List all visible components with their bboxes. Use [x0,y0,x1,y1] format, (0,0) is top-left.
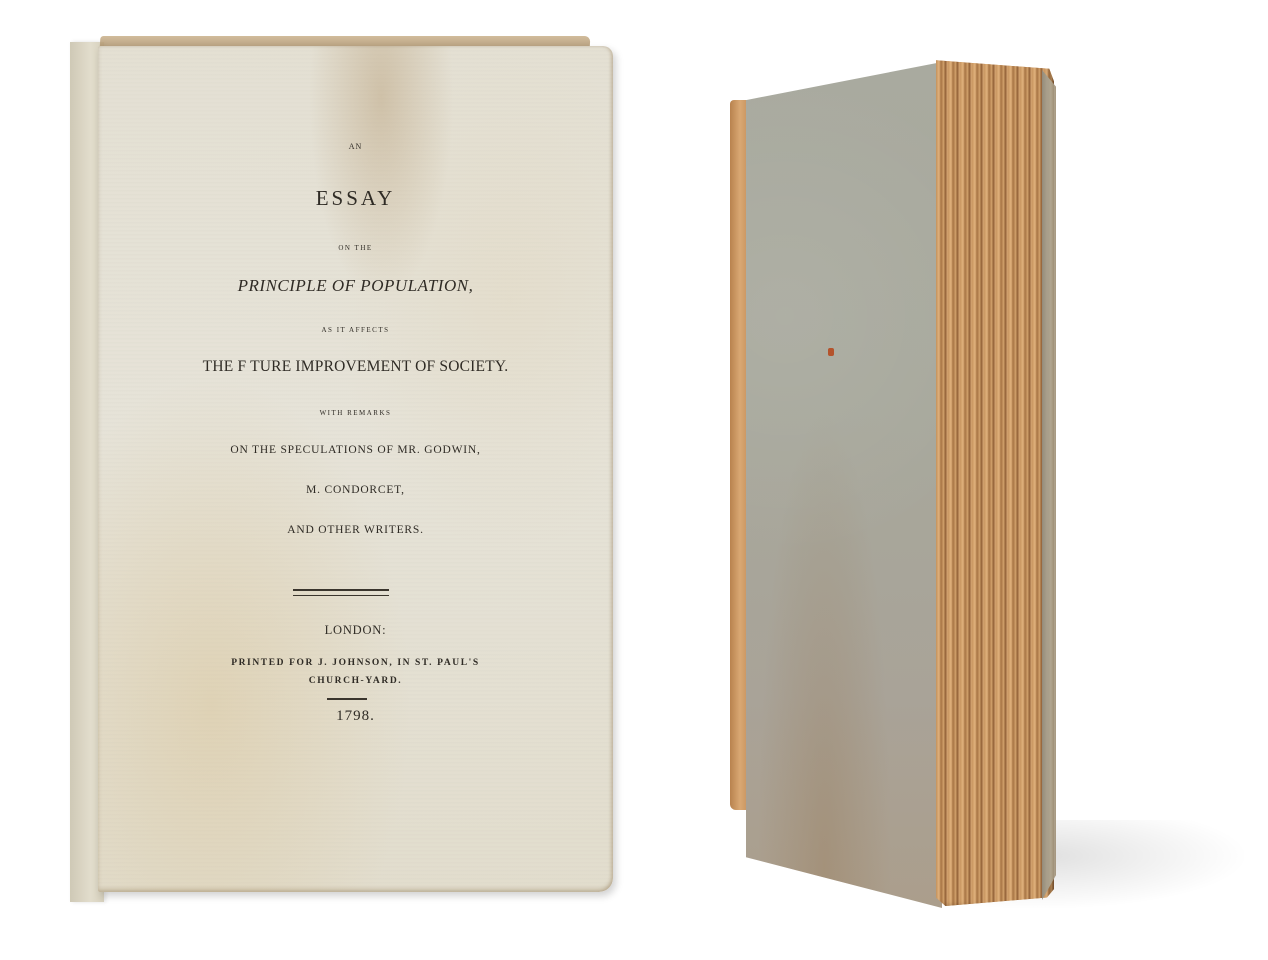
open-title-page-book: AN ESSAY ON THE PRINCIPLE OF POPULATION,… [0,0,660,960]
title-page: AN ESSAY ON THE PRINCIPLE OF POPULATION,… [98,46,613,892]
title-an: AN [98,142,613,151]
title-principle-of-population: PRINCIPLE OF POPULATION, [98,276,613,296]
title-future-improvement: THE F TURE IMPROVEMENT OF SOCIETY. [98,358,613,376]
imprint-printed-for: PRINTED FOR J. JOHNSON, IN ST. PAUL'S [98,658,613,668]
imprint-year: 1798. [98,708,613,725]
closed-book [700,0,1268,960]
book-cover-board [746,62,942,908]
cover-stain [828,348,834,356]
title-on-the: ON THE [98,244,613,252]
uncut-fore-edge [936,56,1054,906]
short-rule-divider [327,698,367,700]
title-other-writers: AND OTHER WRITERS. [98,524,613,536]
title-with-remarks: WITH REMARKS [98,409,613,417]
title-as-it-affects: AS IT AFFECTS [98,326,613,334]
title-condorcet: M. CONDORCET, [98,484,613,496]
imprint-london: LONDON: [98,623,613,638]
imprint-church-yard: CHURCH-YARD. [98,676,613,686]
title-essay: ESSAY [98,186,613,211]
title-speculations-godwin: ON THE SPECULATIONS OF MR. GODWIN, [98,444,613,456]
back-board-edge [1042,70,1056,900]
double-rule-divider [293,589,389,596]
